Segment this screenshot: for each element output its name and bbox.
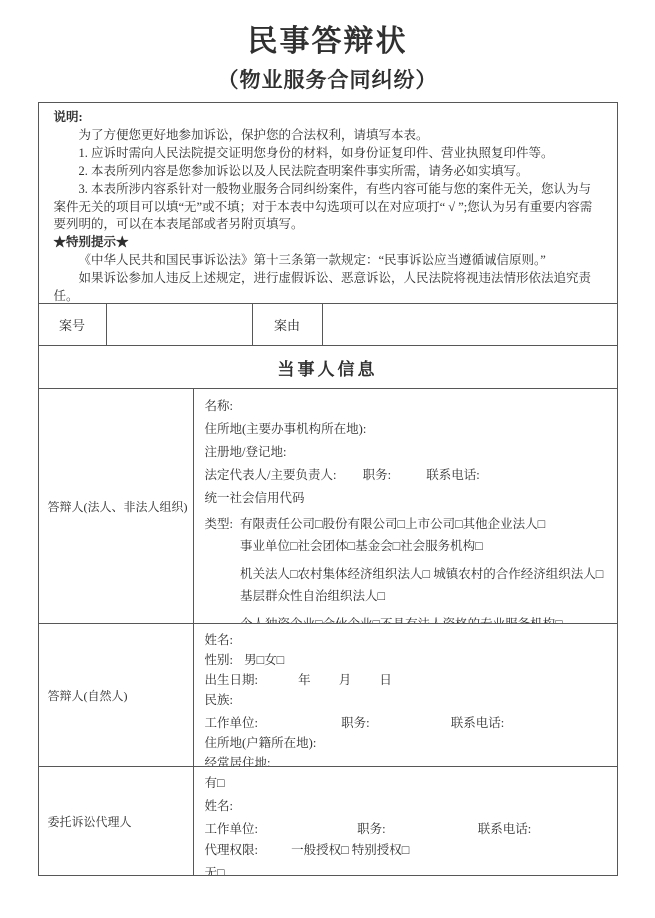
document-page: 民事答辩状 （物业服务合同纠纷） 说明: 为了方便您更好地参加诉讼，保护您的合法…	[0, 0, 655, 918]
instruction-paragraph-3: 2. 本表所列内容是您参加诉讼以及人民法院查明案件事实所需，请务必如实填写。	[54, 163, 600, 181]
person-ethnicity-field-label: 民族:	[205, 690, 607, 710]
respondent-person-row: 答辩人(自然人) 姓名: 性别: 男□女□ 出生日期: 年 月 日 民族: 工作…	[39, 623, 617, 766]
form-table: 说明: 为了方便您更好地参加诉讼，保护您的合法权利，请填写本表。 1. 应诉时需…	[38, 102, 618, 876]
person-employer-field-label: 工作单位:	[205, 716, 258, 730]
org-position-field-label: 职务:	[363, 468, 391, 482]
instructions-box: 说明: 为了方便您更好地参加诉讼，保护您的合法权利，请填写本表。 1. 应诉时需…	[39, 103, 617, 303]
org-legal-rep-field-label: 法定代表人/主要负责人:	[205, 468, 337, 482]
case-number-label: 案号	[39, 304, 106, 345]
person-dob-year-label: 年	[298, 673, 311, 687]
org-type-company-line-1: 有限责任公司□股份有限公司□上市公司□其他企业法人□	[240, 513, 607, 535]
case-row: 案号 案由	[39, 303, 617, 345]
instruction-paragraph-1: 为了方便您更好地参加诉讼，保护您的合法权利，请填写本表。	[54, 127, 600, 145]
instruction-paragraph-4: 3. 本表所涉内容系针对一般物业服务合同纠纷案件，有些内容可能与您的案件无关，您…	[54, 181, 600, 235]
person-position-field-label: 职务:	[341, 716, 369, 730]
respondent-org-row: 答辩人(法人、非法人组织) 名称: 住所地(主要办事机构所在地): 注册地/登记…	[39, 388, 617, 623]
org-type-options: 有限责任公司□股份有限公司□上市公司□其他企业法人□ 事业单位□社会团体□基金会…	[240, 513, 607, 623]
org-registry-field-label: 注册地/登记地:	[205, 441, 607, 464]
agent-employer-field-label: 工作单位:	[205, 822, 258, 836]
person-dob-field-label: 出生日期:	[205, 673, 258, 687]
person-dob-day-label: 日	[379, 673, 392, 687]
person-employer-line: 工作单位: 职务: 联系电话:	[205, 713, 607, 733]
org-type-field-label: 类型:	[205, 513, 233, 623]
org-type-other-line-1: 个人独资企业□合伙企业□不具有法人资格的专业服务机构□	[240, 613, 607, 623]
case-number-value-cell	[106, 304, 252, 345]
org-type-block: 类型: 有限责任公司□股份有限公司□上市公司□其他企业法人□ 事业单位□社会团体…	[205, 513, 607, 623]
agent-name-field-label: 姓名:	[205, 796, 607, 817]
person-dob-line: 出生日期: 年 月 日	[205, 670, 607, 690]
special-note-heading: ★特别提示★	[54, 234, 600, 252]
org-type-group-company: 有限责任公司□股份有限公司□上市公司□其他企业法人□ 事业单位□社会团体□基金会…	[240, 513, 607, 557]
cause-label: 案由	[252, 304, 322, 345]
instruction-paragraph-2: 1. 应诉时需向人民法院提交证明您身份的材料，如身份证复印件、营业执照复印件等。	[54, 145, 600, 163]
agent-row: 委托诉讼代理人 有□ 姓名: 工作单位: 职务: 联系电话: 代理权限: 一般授…	[39, 766, 617, 875]
doc-subtitle: （物业服务合同纠纷）	[0, 66, 655, 94]
respondent-org-content: 名称: 住所地(主要办事机构所在地): 注册地/登记地: 法定代表人/主要负责人…	[193, 389, 617, 623]
org-name-field-label: 名称:	[205, 395, 607, 418]
person-name-field-label: 姓名:	[205, 630, 607, 650]
agent-none-checkbox: 无□	[205, 863, 607, 875]
agent-authority-checkboxes: 一般授权□ 特别授权□	[291, 843, 409, 857]
agent-phone-field-label: 联系电话:	[478, 822, 531, 836]
cause-value-cell	[322, 304, 617, 345]
person-gender-line: 性别: 男□女□	[205, 650, 607, 670]
person-dob-month-label: 月	[339, 673, 352, 687]
person-gender-field-label: 性别:	[205, 653, 233, 667]
agent-authority-line: 代理权限: 一般授权□ 特别授权□	[205, 840, 607, 861]
agent-row-label: 委托诉讼代理人	[39, 767, 193, 875]
person-residence-field-label: 经常居住地:	[205, 753, 607, 766]
person-domicile-field-label: 住所地(户籍所在地):	[205, 733, 607, 753]
org-uscc-field-label: 统一社会信用代码	[205, 487, 607, 510]
agent-authority-field-label: 代理权限:	[205, 843, 258, 857]
org-domicile-field-label: 住所地(主要办事机构所在地):	[205, 418, 607, 441]
respondent-person-row-label: 答辩人(自然人)	[39, 624, 193, 766]
doc-title: 民事答辩状	[0, 0, 655, 60]
person-gender-checkboxes: 男□女□	[244, 653, 284, 667]
org-type-group-other: 个人独资企业□合伙企业□不具有法人资格的专业服务机构□ 国有□(控股□参股□)民…	[240, 613, 607, 623]
special-note-paragraph-2: 如果诉讼参加人违反上述规定，进行虚假诉讼、恶意诉讼，人民法院将视违法情形依法追究…	[54, 270, 600, 303]
agent-content: 有□ 姓名: 工作单位: 职务: 联系电话: 代理权限: 一般授权□ 特别授权□…	[193, 767, 617, 875]
agent-has-checkbox: 有□	[205, 773, 607, 794]
agent-position-field-label: 职务:	[357, 822, 385, 836]
org-legal-rep-line: 法定代表人/主要负责人: 职务: 联系电话:	[205, 464, 607, 487]
org-type-group-public: 机关法人□农村集体经济组织法人□ 城镇农村的合作经济组织法人□基层群众性自治组织…	[240, 563, 607, 607]
special-note-paragraph-1: 《中华人民共和国民事诉讼法》第十三条第一款规定：“民事诉讼应当遵循诚信原则。”	[54, 252, 600, 270]
person-phone-field-label: 联系电话:	[451, 716, 504, 730]
org-phone-field-label: 联系电话:	[426, 468, 479, 482]
respondent-person-content: 姓名: 性别: 男□女□ 出生日期: 年 月 日 民族: 工作单位: 职务: 联…	[193, 624, 617, 766]
org-type-company-line-2: 事业单位□社会团体□基金会□社会服务机构□	[240, 535, 607, 557]
party-info-header: 当事人信息	[39, 345, 617, 388]
instructions-heading: 说明:	[54, 109, 600, 127]
respondent-org-row-label: 答辩人(法人、非法人组织)	[39, 389, 193, 623]
agent-employer-line: 工作单位: 职务: 联系电话:	[205, 819, 607, 840]
